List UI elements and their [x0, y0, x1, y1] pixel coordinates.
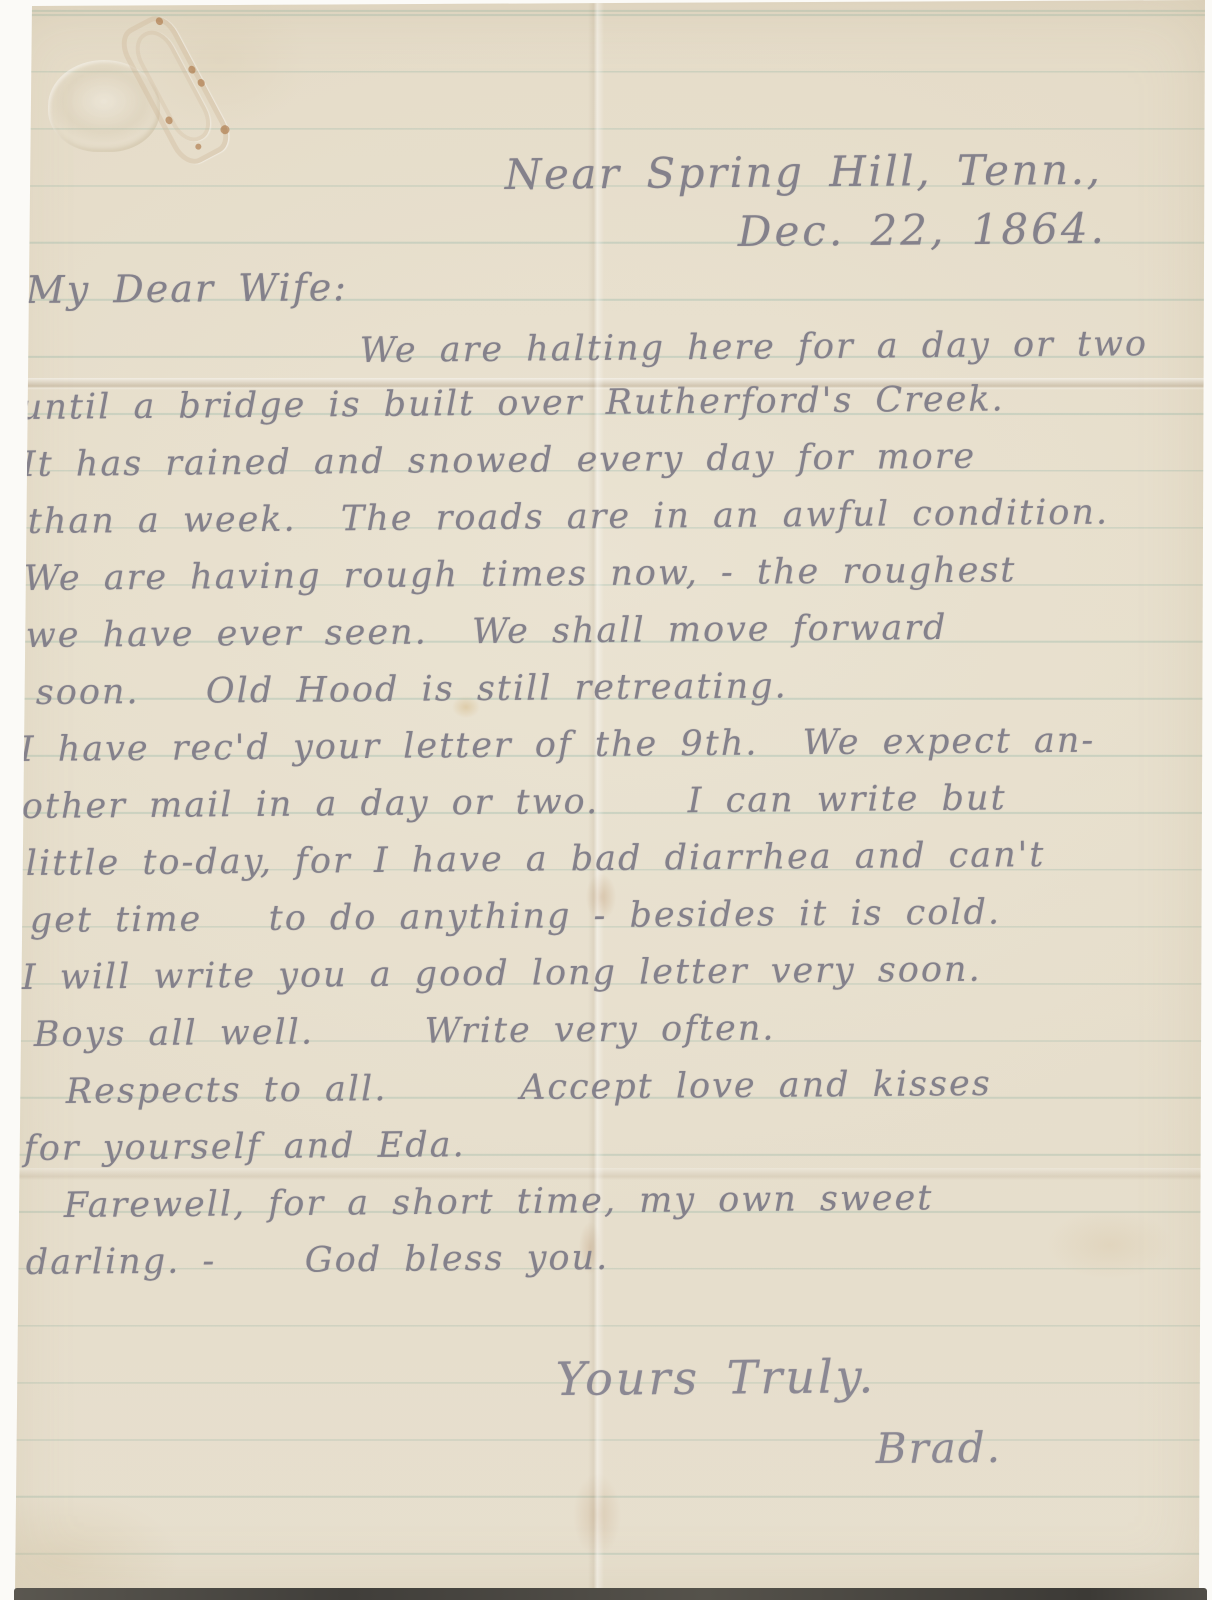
letter-line: darling. - God bless you.	[26, 1237, 610, 1284]
letter-line: than a week. The roads are in an awful c…	[28, 492, 1110, 543]
letter-signature: Brad.	[876, 1423, 1003, 1474]
letter-line: Farewell, for a short time, my own sweet	[64, 1177, 934, 1227]
letter-line: little to-day, for I have a bad diarrhea…	[26, 834, 1046, 885]
letter-place-line: Near Spring Hill, Tenn.,	[505, 145, 1103, 201]
letter-line: Boys all well. Write very often.	[34, 1008, 776, 1056]
letter-line: other mail in a day or two. I can write …	[22, 777, 1007, 828]
letter-line: until a bridge is built over Rutherford'…	[20, 378, 1005, 429]
letter-paper: Near Spring Hill, Tenn., Dec. 22, 1864. …	[0, 0, 1212, 1600]
letter-line: get time to do anything - besides it is …	[30, 892, 1002, 942]
letter-line: we have ever seen. We shall move forward	[26, 607, 948, 657]
letter-line: I will write you a good long letter very…	[22, 949, 982, 999]
scan-edge-shadow	[14, 1588, 1207, 1600]
letter-date-line: Dec. 22, 1864.	[738, 204, 1108, 258]
letter-closing: Yours Truly.	[556, 1349, 877, 1407]
letter-line: for yourself and Eda.	[24, 1124, 466, 1170]
letter-salutation: My Dear Wife:	[26, 265, 349, 313]
letter-line: It has rained and snowed every day for m…	[22, 436, 977, 486]
letter-line: Respects to all. Accept love and kisses	[66, 1063, 992, 1113]
letter-line: We are having rough times now, - the rou…	[24, 549, 1017, 600]
horizontal-fold-crease	[0, 1168, 1212, 1180]
letter-line: I have rec'd your letter of the 9th. We …	[20, 720, 1096, 771]
letter-line: We are halting here for a day or two	[360, 323, 1149, 372]
letter-line: soon. Old Hood is still retreating.	[36, 665, 788, 714]
